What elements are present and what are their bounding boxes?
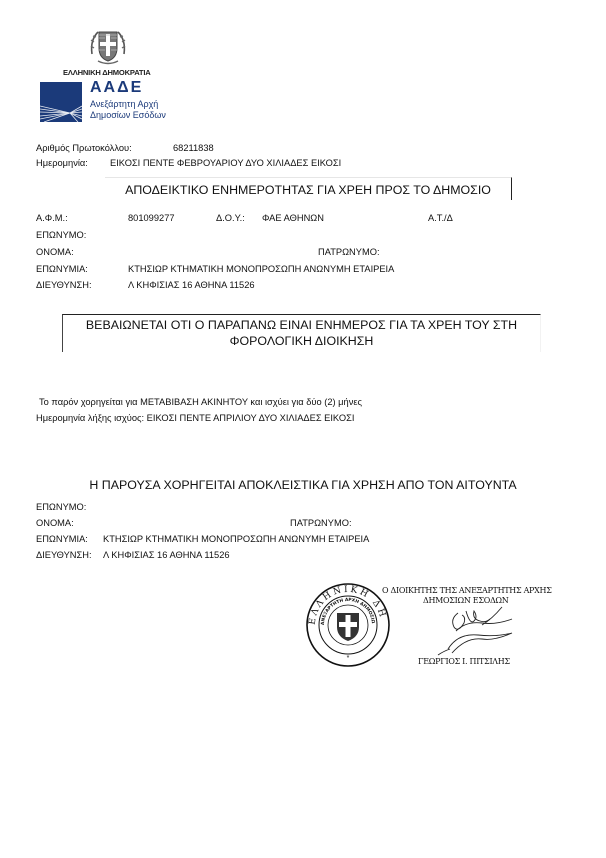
- protocol-number: 68211838: [173, 143, 214, 153]
- document-title-box: ΑΠΟΔΕΙΚΤΙΚΟ ΕΝΗΜΕΡΟΤΗΤΑΣ ΓΙΑ ΧΡΕΗ ΠΡΟΣ Τ…: [105, 177, 512, 200]
- applicant-surname-label: ΕΠΩΝΥΜΟ:: [36, 502, 86, 512]
- father-name-label: ΠΑΤΡΩΝΥΜΟ:: [318, 247, 380, 257]
- doy-value: ΦΑΕ ΑΘΗΝΩΝ: [262, 213, 324, 223]
- republic-label: ΕΛΛΗΝΙΚΗ ΔΗΜΟΚΡΑΤΙΑ: [63, 68, 151, 77]
- applicant-use-heading: Η ΠΑΡΟΥΣΑ ΧΟΡΗΓΕΙΤΑΙ ΑΠΟΚΛΕΙΣΤΙΚΑ ΓΙΑ ΧΡ…: [0, 478, 606, 492]
- surname-label: ΕΠΩΝΥΜΟ:: [36, 230, 86, 240]
- applicant-father-name-label: ΠΑΤΡΩΝΥΜΟ:: [290, 518, 352, 528]
- official-seal-icon: ΕΛΛΗΝΙΚΗ ΔΗΜΟΚΡΑΤΙΑ ΑΝΕΞΑΡΤΗΤΗ ΑΡΧΗ ΔΗΜΟ…: [305, 582, 391, 668]
- issue-date: ΕΙΚΟΣΙ ΠΕΝΤΕ ΦΕΒΡΟΥΑΡΙΟΥ ΔΥΟ ΧΙΛΙΑΔΕΣ ΕΙ…: [110, 158, 341, 168]
- agency-short-name: ΑΑΔΕ: [90, 79, 143, 97]
- signatory-name: ΓΕΩΡΓΙΟΣ Ι. ΠΙΤΣΙΛΗΣ: [418, 657, 510, 666]
- signatory-title-line1: Ο ΔΙΟΙΚΗΤΗΣ ΤΗΣ ΑΝΕΞΑΡΤΗΤΗΣ ΑΡΧΗΣ: [382, 586, 552, 595]
- address-value: Λ ΚΗΦΙΣΙΑΣ 16 ΑΘΗΝΑ 11526: [128, 280, 255, 290]
- certification-text-line1: ΒΕΒΑΙΩΝΕΤΑΙ ΟΤΙ Ο ΠΑΡΑΠΑΝΩ ΕΙΝΑΙ ΕΝΗΜΕΡΟ…: [63, 318, 540, 332]
- agency-full-name-line1: Ανεξάρτητη Αρχή: [90, 99, 158, 109]
- company-name-value: ΚΤΗΣΙΩΡ ΚΤΗΜΑΤΙΚΗ ΜΟΝΟΠΡΟΣΩΠΗ ΑΝΩΝΥΜΗ ΕΤ…: [128, 264, 394, 274]
- name-label: ΟΝΟΜΑ:: [36, 247, 74, 257]
- aade-logo-icon: [40, 82, 82, 122]
- expiry-date-text: Ημερομηνία λήξης ισχύος: ΕΙΚΟΣΙ ΠΕΝΤΕ ΑΠ…: [36, 413, 354, 423]
- applicant-address-label: ΔΙΕΥΘΥΝΣΗ:: [36, 550, 92, 560]
- afm-value: 801099277: [128, 213, 175, 223]
- document-title: ΑΠΟΔΕΙΚΤΙΚΟ ΕΝΗΜΕΡΟΤΗΤΑΣ ΓΙΑ ΧΡΕΗ ΠΡΟΣ Τ…: [105, 183, 511, 197]
- certification-box: ΒΕΒΑΙΩΝΕΤΑΙ ΟΤΙ Ο ΠΑΡΑΠΑΝΩ ΕΙΝΑΙ ΕΝΗΜΕΡΟ…: [62, 314, 541, 352]
- date-label: Ημερομηνία:: [36, 158, 88, 168]
- agency-full-name-line2: Δημοσίων Εσόδων: [90, 110, 166, 120]
- afm-label: Α.Φ.Μ.:: [36, 213, 68, 223]
- protocol-label: Αριθμός Πρωτοκόλλου:: [36, 143, 132, 153]
- handwritten-signature-icon: [428, 603, 518, 658]
- atd-label: Α.Τ./Δ: [428, 213, 453, 223]
- certification-text-line2: ΦΟΡΟΛΟΓΙΚΗ ΔΙΟΙΚΗΣΗ: [63, 334, 540, 348]
- svg-text:*: *: [347, 655, 350, 662]
- applicant-company-label: ΕΠΩΝΥΜΙΑ:: [36, 534, 88, 544]
- address-label: ΔΙΕΥΘΥΝΣΗ:: [36, 280, 92, 290]
- applicant-address-value: Λ ΚΗΦΙΣΙΑΣ 16 ΑΘΗΝΑ 11526: [103, 550, 230, 560]
- purpose-validity-text: Το παρόν χορηγείται για ΜΕΤΑΒΙΒΑΣΗ ΑΚΙΝΗ…: [39, 397, 362, 407]
- company-name-label: ΕΠΩΝΥΜΙΑ:: [36, 264, 88, 274]
- applicant-company-value: ΚΤΗΣΙΩΡ ΚΤΗΜΑΤΙΚΗ ΜΟΝΟΠΡΟΣΩΠΗ ΑΝΩΝΥΜΗ ΕΤ…: [103, 534, 369, 544]
- applicant-name-label: ΟΝΟΜΑ:: [36, 518, 74, 528]
- greek-coat-of-arms-icon: [86, 24, 130, 68]
- doy-label: Δ.Ο.Υ.:: [216, 213, 245, 223]
